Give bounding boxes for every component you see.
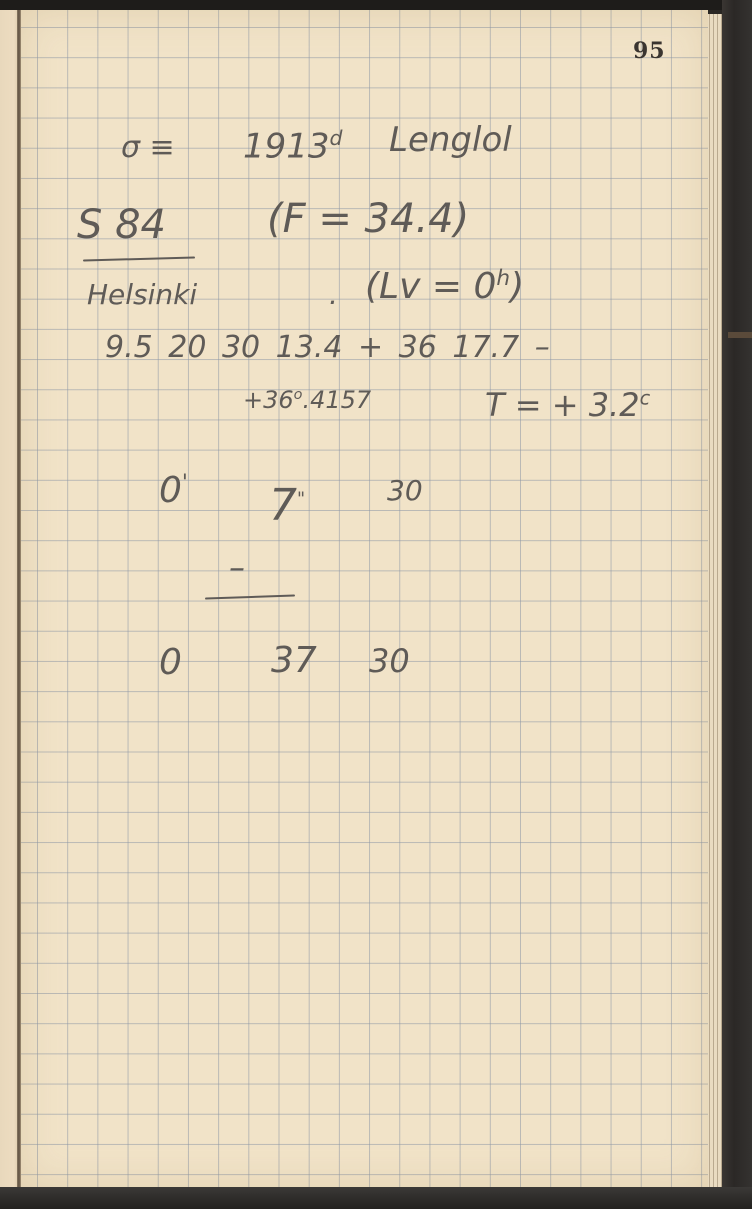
note-declination: +36o.4157 — [243, 386, 371, 414]
calc-row2-a: 0 — [159, 642, 182, 683]
note-lv-text: (Lv = 0 — [365, 266, 496, 307]
calc-row1-c: 30 — [387, 474, 423, 507]
calc-row1-b: 7" — [269, 480, 305, 531]
note-location-word: Lenglol — [389, 120, 512, 160]
calc-sum-rule — [205, 594, 295, 599]
note-date-sup: d — [330, 126, 343, 150]
note-date: 1913d — [243, 126, 342, 166]
notebook-page: 95 σ ≡ 1913d Lenglol S 84 (F = 34.4) Hel… — [21, 10, 708, 1187]
note-lv-close: ) — [510, 266, 524, 307]
cover-band — [728, 332, 752, 338]
note-lv-sup: h — [496, 266, 510, 291]
page-stack-edge — [706, 14, 722, 1190]
note-declination-rest: .4157 — [302, 386, 371, 414]
calc-row1-b-value: 7 — [269, 480, 297, 531]
calc-row1-a-value: 0 — [159, 470, 182, 511]
note-dot: . — [329, 278, 338, 311]
note-observation-values: 9.5 20 30 13.4 + 36 17.7 – — [105, 330, 550, 365]
notebook-cover-right — [722, 0, 752, 1209]
notebook-cover-top — [0, 0, 752, 10]
note-lv-formula: (Lv = 0h) — [365, 266, 524, 307]
calc-operator: – — [229, 548, 245, 586]
notebook-cover-bottom — [0, 1187, 752, 1209]
note-f-formula: (F = 34.4) — [267, 196, 469, 242]
note-temperature: T = + 3.2c — [485, 386, 650, 424]
note-declination-deg: +36 — [243, 386, 294, 414]
calc-row1-a: 0' — [159, 470, 188, 511]
note-date-year: 1913 — [243, 126, 330, 166]
underline-rule — [83, 257, 195, 262]
note-temperature-value: T = + 3.2 — [485, 386, 640, 424]
calc-row2-b: 37 — [271, 640, 317, 681]
page-number: 95 — [633, 38, 666, 64]
calc-row1-b-sup: " — [297, 489, 305, 509]
note-star-label: S 84 — [77, 202, 166, 248]
calc-row1-a-sup: ' — [182, 470, 188, 495]
note-temperature-unit: c — [640, 386, 651, 409]
note-place-name: Helsinki — [87, 278, 197, 311]
note-symbol: σ ≡ — [121, 130, 175, 165]
calc-row2-c: 30 — [369, 642, 410, 680]
